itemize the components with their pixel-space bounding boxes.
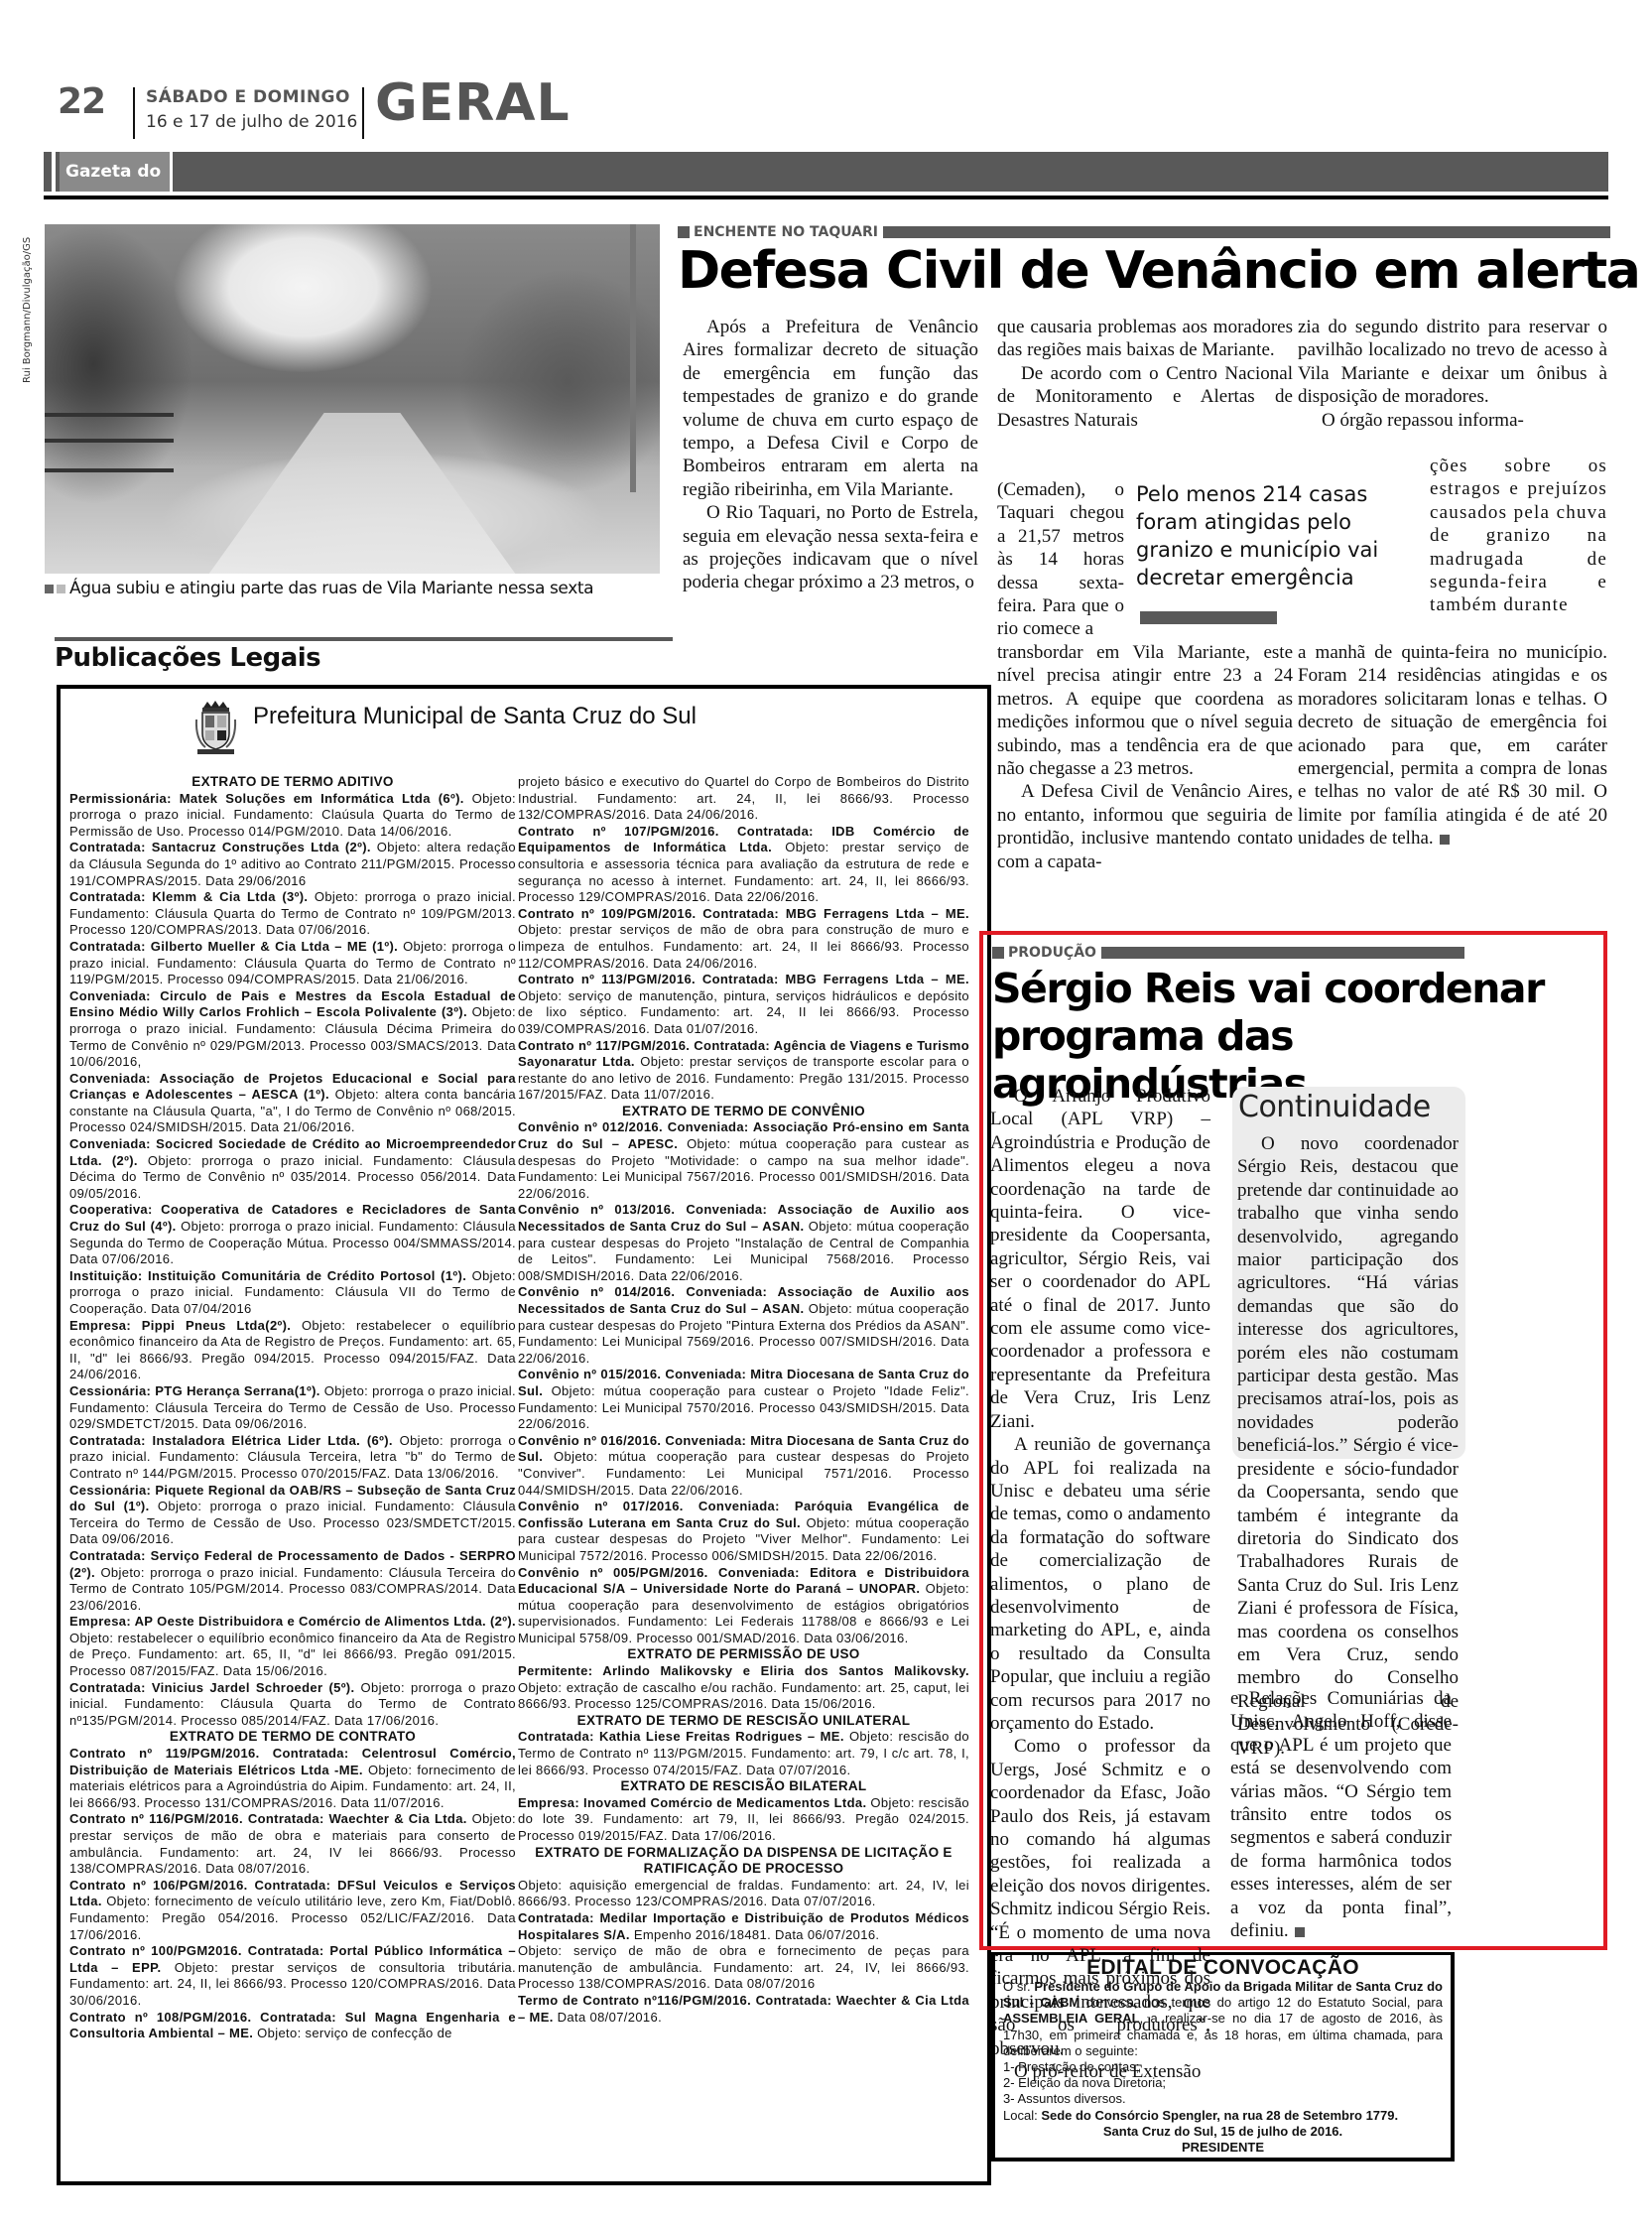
story-kicker: PRODUÇÃO (992, 945, 1464, 961)
story-column-2-top: que causaria problemas aos moradores das… (997, 316, 1293, 432)
legal-entry: Cooperativa: Cooperativa de Catadores e … (69, 1202, 516, 1267)
legal-entry: Contratada: Serviço Federal de Processam… (69, 1548, 516, 1614)
end-mark-icon (1295, 1927, 1305, 1937)
legal-heading: EXTRATO DE TERMO DE CONVÊNIO (518, 1104, 969, 1120)
legal-column-1: EXTRATO DE TERMO ADITIVOPermissionária: … (69, 774, 516, 2042)
legal-entry: Contratada: Instaladora Elétrica Lider L… (69, 1433, 516, 1483)
legal-entry: Convênio nº 015/2016. Conveniada: Mitra … (518, 1367, 969, 1432)
legal-entry: Empresa: Pippi Pneus Ltda(2º). Objeto: r… (69, 1318, 516, 1383)
legal-entry: Contrato nº 119/PGM/2016. Contratada: Ce… (69, 1746, 516, 1811)
legal-entry: Empresa: Inovamed Comércio de Medicament… (518, 1795, 969, 1845)
legal-entry: Permissionária: Matek Soluções em Inform… (69, 791, 516, 841)
legal-entry: Convênio nº 013/2016. Conveniada: Associ… (518, 1202, 969, 1284)
agenda-item: 3- Assuntos diversos. (1003, 2091, 1443, 2107)
flood-photo (45, 224, 660, 574)
pull-quote: Pelo menos 214 casas foram atingidas pel… (1136, 480, 1404, 591)
story-kicker: ENCHENTE NO TAQUARI (678, 224, 1610, 240)
legal-entry: projeto básico e executivo do Quartel do… (518, 774, 969, 824)
legal-entry: Contratada: Vinicius Jardel Schroeder (5… (69, 1680, 516, 1730)
legal-entry: Permitente: Arlindo Malikovsky e Eliria … (518, 1663, 969, 1713)
edital-place-date: Santa Cruz do Sul, 15 de julho de 2016. (1003, 2124, 1443, 2140)
story-column-1: Após a Prefeitura de Venâncio Aires form… (683, 316, 978, 594)
header-rule (44, 196, 1608, 199)
legal-heading: EXTRATO DE RESCISÃO BILATERAL (518, 1778, 969, 1795)
story-column-3-top: zia do segundo distrito para reservar o … (1298, 316, 1607, 432)
edital-box: EDITAL DE CONVOCAÇÃO O sr. Presidente do… (991, 1952, 1455, 2161)
legal-entry: Conveniada: Associação de Projetos Educa… (69, 1071, 516, 1136)
legal-entry: Contrato nº 107/PGM/2016. Contratada: ID… (518, 824, 969, 906)
legal-entry: Contratada: Santacruz Construções Ltda (… (69, 840, 516, 889)
legal-column-2: projeto básico e executivo do Quartel do… (518, 774, 969, 2026)
story-column-2-narrow: (Cemaden), o Taquari chegou a 21,57 metr… (997, 478, 1124, 641)
story-column-2: e Relações Comuniárias da Unisc, Angelo … (1230, 1687, 1452, 1942)
legal-entry: Contrato nº 113/PGM/2016. Contratada: MB… (518, 972, 969, 1037)
legal-entry: Contrato nº 117/PGM/2016. Contratada: Ag… (518, 1038, 969, 1104)
page-number: 22 (58, 81, 105, 122)
legal-entry: Objeto: serviço de mão de obra e forneci… (518, 1943, 969, 1993)
section-title: GERAL (375, 77, 571, 129)
story-column-3-narrow: ções sobre os estragos e prejuízos causa… (1430, 455, 1607, 617)
story-column-2-bottom: transbordar em Vila Mariante, este nível… (997, 641, 1293, 873)
header-divider (133, 87, 135, 139)
legal-entry: Termo de Contrato nº116/PGM/2016. Contra… (518, 1993, 969, 2026)
brand-bar (44, 152, 1608, 192)
legal-heading: EXTRATO DE PERMISSÃO DE USO (518, 1646, 969, 1663)
story-column-1: O Arranjo Produtivo Local (APL VRP) – Ag… (990, 1085, 1210, 2083)
story-headline: Defesa Civil de Venâncio em alerta (678, 244, 1639, 299)
legal-section-title: Publicações Legais (55, 643, 320, 673)
legal-entry: Cessionária: Piquete Regional da OAB/RS … (69, 1483, 516, 1548)
legal-entry: Instituição: Instituição Comunitária de … (69, 1268, 516, 1318)
legal-heading: EXTRATO DE TERMO DE CONTRATO (69, 1729, 516, 1746)
legal-entry: Contrato nº 106/PGM/2016. Contratada: DF… (69, 1878, 516, 1943)
legal-entry: Conveniada: Circulo de Pais e Mestres da… (69, 988, 516, 1071)
legal-entry: Empresa: AP Oeste Distribuidora e Comérc… (69, 1614, 516, 1679)
legal-entry: Contratada: Gilberto Mueller & Cia Ltda … (69, 939, 516, 988)
agenda-item: 2- Eleição da nova Diretoria; (1003, 2075, 1443, 2091)
issuer-title: Prefeitura Municipal de Santa Cruz do Su… (253, 703, 697, 730)
legal-entry: Convênio nº 005/PGM/2016. Conveniada: Ed… (518, 1565, 969, 1647)
legal-entry: Contrato nº 108/PGM/2016. Contratada: Su… (69, 2010, 516, 2042)
legal-entry: Contratada: Medilar Importação e Distrib… (518, 1910, 969, 1943)
sidebar-title: Continuidade (1238, 1090, 1431, 1124)
legal-entry: Convênio nº 017/2016. Conveniada: Paróqu… (518, 1499, 969, 1564)
legal-heading: EXTRATO DE TERMO DE RESCISÃO UNILATERAL (518, 1713, 969, 1730)
pull-quote-bar (1140, 611, 1277, 624)
legal-entry: Contratada: Kathia Liese Freitas Rodrigu… (518, 1729, 969, 1778)
edital-location: Local: Sede do Consórcio Spengler, na ru… (1003, 2108, 1443, 2124)
legal-entry: Convênio nº 014/2016. Conveniada: Associ… (518, 1284, 969, 1367)
legal-entry: Objeto: aquisição emergencial de fraldas… (518, 1878, 969, 1910)
end-mark-icon (1440, 835, 1450, 845)
legal-section-rule (55, 637, 673, 641)
legal-entry: Contrato nº 109/PGM/2016. Contratada: MB… (518, 906, 969, 972)
legal-entry: Convênio nº 016/2016. Conveniada: Mitra … (518, 1433, 969, 1499)
sidebar-text: O novo coordenador Sérgio Reis, destacou… (1237, 1132, 1459, 1760)
legal-entry: Contratada: Klemm & Cia Ltda (3º). Objet… (69, 889, 516, 939)
newspaper-brand: Gazeta do Sul (60, 152, 173, 192)
photo-credit: Rui Borgmann/Divulgação/GS (22, 224, 38, 383)
municipal-crest-icon (193, 700, 238, 759)
header-day: SÁBADO E DOMINGO (146, 87, 350, 107)
legal-entry: Contrato nº 100/PGM2016. Contratada: Por… (69, 1943, 516, 2009)
legal-entry: Conveniada: Socicred Sociedade de Crédit… (69, 1136, 516, 1202)
photo-caption: Água subiu e atingiu parte das ruas de V… (45, 579, 665, 598)
edital-signature: PRESIDENTE (1003, 2140, 1443, 2156)
agenda-item: 1- Prestação de contas; (1003, 2059, 1443, 2075)
edital-body: O sr. Presidente do Grupo de Apoio da Br… (1003, 1979, 1443, 2059)
header-divider (362, 87, 364, 139)
story-column-3-bottom: a manhã de quinta-feira no município. Fo… (1298, 641, 1607, 851)
legal-entry: Convênio nº 012/2016. Conveniada: Associ… (518, 1119, 969, 1202)
legal-entry: Contrato nº 116/PGM/2016. Contratada: Wa… (69, 1811, 516, 1877)
header-date: 16 e 17 de julho de 2016 (146, 112, 357, 132)
edital-title: EDITAL DE CONVOCAÇÃO (1003, 1957, 1443, 1979)
legal-heading: EXTRATO DE TERMO ADITIVO (69, 774, 516, 791)
legal-entry: Cessionária: PTG Herança Serrana(1º). Ob… (69, 1383, 516, 1433)
legal-heading: EXTRATO DE FORMALIZAÇÃO DA DISPENSA DE L… (518, 1845, 969, 1878)
